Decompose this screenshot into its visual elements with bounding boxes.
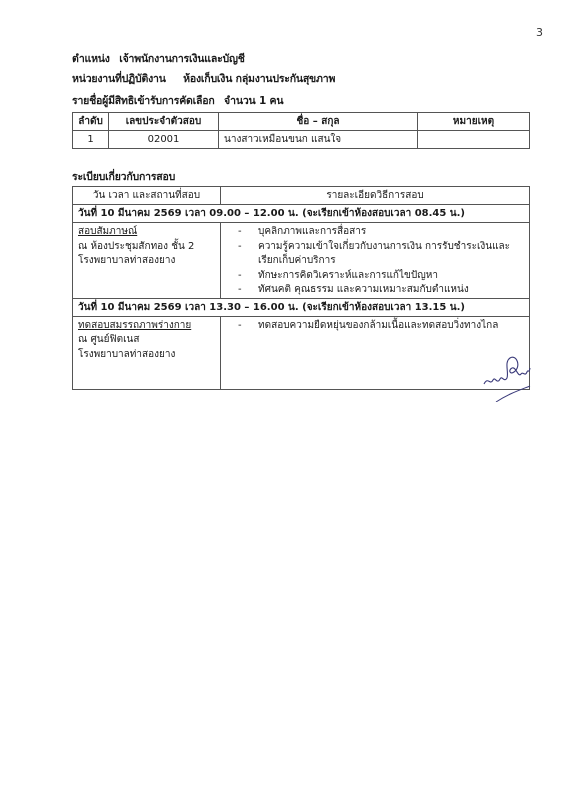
cell-order: 1	[73, 131, 109, 149]
position-label: ตำแหน่ง	[72, 53, 110, 65]
position-line: ตำแหน่ง เจ้าพนักงานการเงินและบัญชี	[72, 50, 245, 67]
candidate-count: จำนวน 1 คน	[224, 95, 283, 107]
position-value: เจ้าพนักงานการเงินและบัญชี	[119, 53, 244, 65]
col-note: หมายเหตุ	[418, 113, 530, 131]
session-2-location-line2: โรงพยาบาลท่าสองยาง	[78, 348, 215, 363]
cell-note	[418, 131, 530, 149]
unit-label: หน่วยงานที่ปฏิบัติงาน	[72, 73, 166, 85]
candidate-list-line: รายชื่อผู้มีสิทธิเข้ารับการคัดเลือก จำนว…	[72, 92, 283, 109]
col-method: รายละเอียดวิธีการสอบ	[221, 187, 530, 205]
list-item: ทดสอบความยืดหยุ่นของกล้ามเนื้อและทดสอบวิ…	[238, 319, 524, 334]
session-1-details: บุคลิกภาพและการสื่อสาร ความรู้ความเข้าใจ…	[221, 223, 530, 299]
session-date-row: วันที่ 10 มีนาคม 2569 เวลา 13.30 – 16.00…	[73, 298, 530, 316]
list-item: ความรู้ความเข้าใจเกี่ยวกับงานการเงิน การ…	[238, 240, 524, 269]
col-exam-id: เลขประจำตัวสอบ	[109, 113, 219, 131]
session-2-location-line1: ณ ศูนย์ฟิตเนส	[78, 333, 215, 348]
unit-line: หน่วยงานที่ปฏิบัติงาน ห้องเก็บเงิน กลุ่ม…	[72, 70, 335, 87]
session-1-location-line1: ณ ห้องประชุมสักทอง ชั้น 2	[78, 240, 215, 255]
candidate-list-label: รายชื่อผู้มีสิทธิเข้ารับการคัดเลือก	[72, 95, 215, 107]
session-2-date: วันที่ 10 มีนาคม 2569 เวลา 13.30 – 16.00…	[73, 298, 530, 316]
candidate-table: ลำดับ เลขประจำตัวสอบ ชื่อ – สกุล หมายเหต…	[72, 112, 530, 149]
cell-exam-id: 02001	[109, 131, 219, 149]
session-date-row: วันที่ 10 มีนาคม 2569 เวลา 09.00 – 12.00…	[73, 205, 530, 223]
handwritten-signature-icon	[478, 352, 538, 402]
session-2-type: ทดสอบสมรรถภาพร่างกาย	[78, 319, 215, 334]
exam-rules-title: ระเบียบเกี่ยวกับการสอบ	[72, 168, 175, 185]
unit-value: ห้องเก็บเงิน กลุ่มงานประกันสุขภาพ	[183, 73, 335, 85]
table-row: 1 02001 นางสาวเหมือนขนก แสนใจ	[73, 131, 530, 149]
col-name: ชื่อ – สกุล	[219, 113, 418, 131]
session-block: ทดสอบสมรรถภาพร่างกาย ณ ศูนย์ฟิตเนส โรงพย…	[73, 316, 530, 389]
session-1-location: สอบสัมภาษณ์ ณ ห้องประชุมสักทอง ชั้น 2 โร…	[73, 223, 221, 299]
session-block: สอบสัมภาษณ์ ณ ห้องประชุมสักทอง ชั้น 2 โร…	[73, 223, 530, 299]
session-1-location-line2: โรงพยาบาลท่าสองยาง	[78, 254, 215, 269]
list-item: ทัศนคติ คุณธรรม และความเหมาะสมกับตำแหน่ง	[238, 283, 524, 298]
list-item: ทักษะการคิดวิเคราะห์และการแก้ไขปัญหา	[238, 269, 524, 284]
session-2-location: ทดสอบสมรรถภาพร่างกาย ณ ศูนย์ฟิตเนส โรงพย…	[73, 316, 221, 389]
page-number: 3	[536, 26, 543, 39]
cell-name: นางสาวเหมือนขนก แสนใจ	[219, 131, 418, 149]
session-1-date: วันที่ 10 มีนาคม 2569 เวลา 09.00 – 12.00…	[73, 205, 530, 223]
exam-table-header: วัน เวลา และสถานที่สอบ รายละเอียดวิธีการ…	[73, 187, 530, 205]
col-date-place: วัน เวลา และสถานที่สอบ	[73, 187, 221, 205]
candidate-table-header: ลำดับ เลขประจำตัวสอบ ชื่อ – สกุล หมายเหต…	[73, 113, 530, 131]
col-order: ลำดับ	[73, 113, 109, 131]
list-item: บุคลิกภาพและการสื่อสาร	[238, 225, 524, 240]
exam-schedule-table: วัน เวลา และสถานที่สอบ รายละเอียดวิธีการ…	[72, 186, 530, 390]
session-1-type: สอบสัมภาษณ์	[78, 225, 215, 240]
